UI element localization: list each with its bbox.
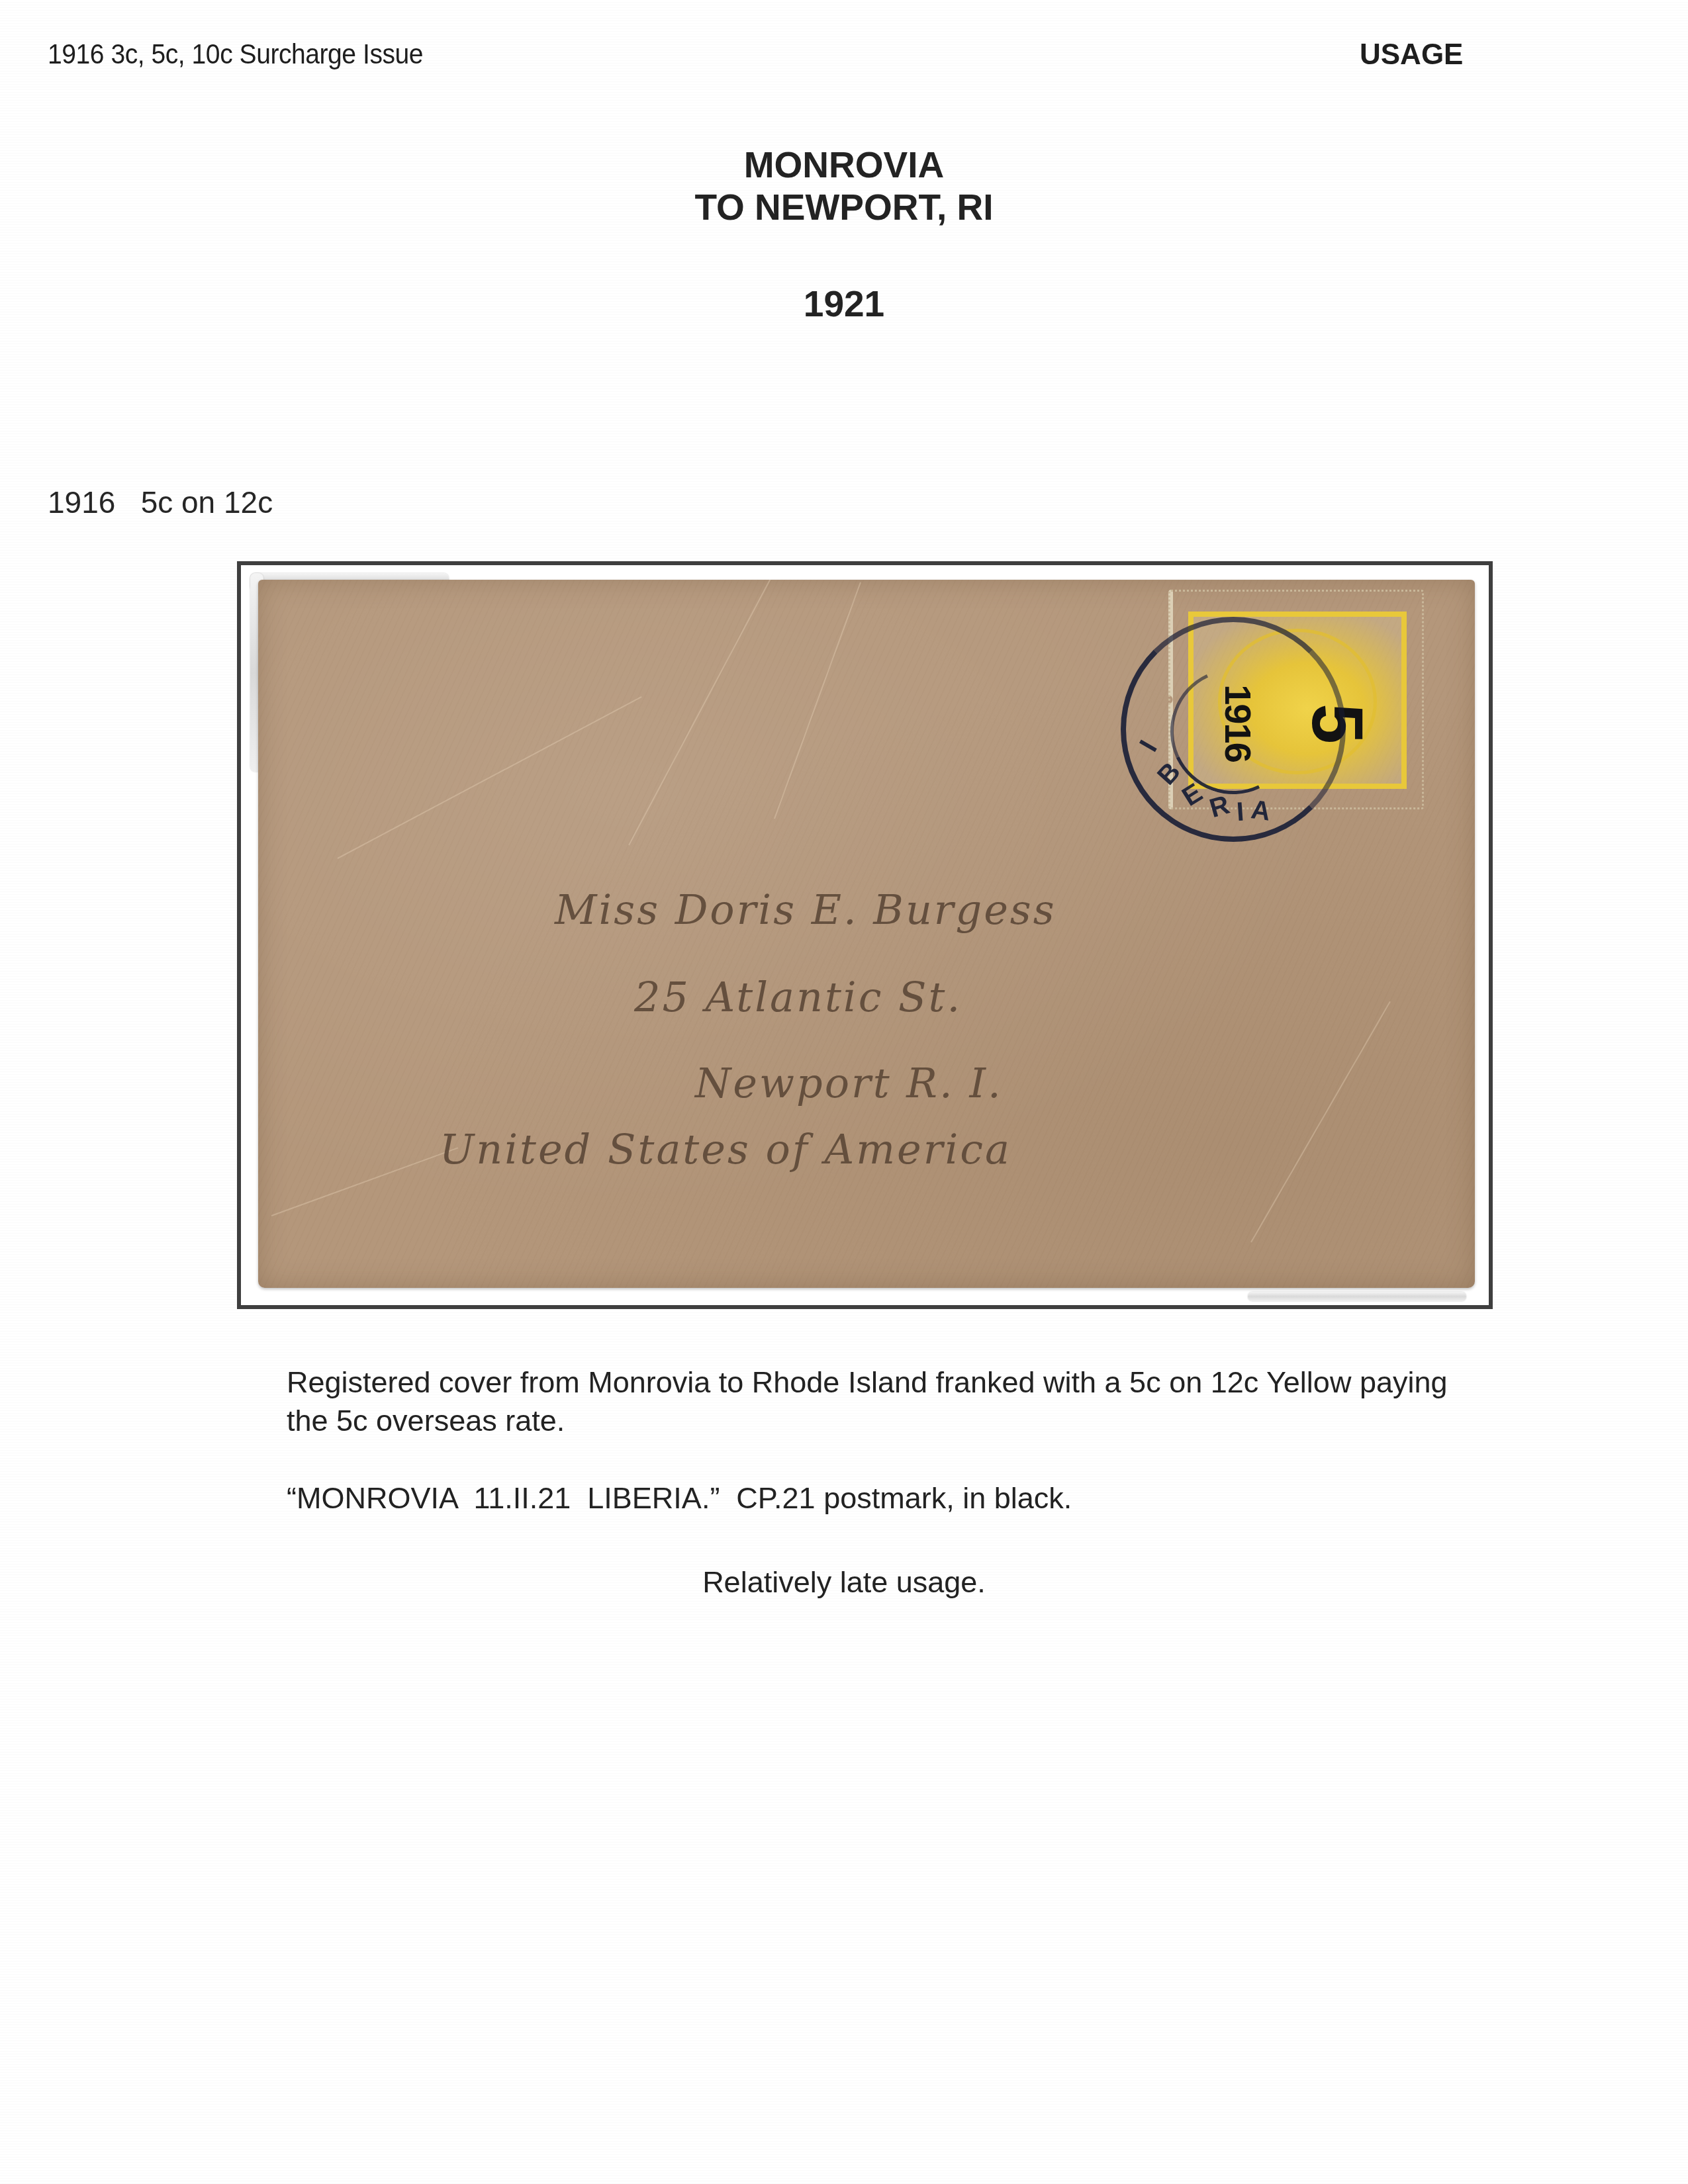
postmark-text: I B E R I A bbox=[1125, 711, 1364, 870]
page-title-destination: TO NEWPORT, RI bbox=[0, 187, 1688, 228]
mount-corner-bottom-right bbox=[1248, 1292, 1466, 1301]
description-rate: Registered cover from Monrovia to Rhode … bbox=[287, 1363, 1452, 1440]
address-country: United States of America bbox=[440, 1125, 1011, 1173]
envelope-crease bbox=[1250, 1001, 1391, 1243]
envelope-crease bbox=[271, 1147, 459, 1216]
section-label: USAGE bbox=[1360, 38, 1463, 71]
description-note: Relatively late usage. bbox=[0, 1563, 1688, 1602]
address-city: Newport R. I. bbox=[695, 1059, 1003, 1107]
stamp-subheading: 1916 5c on 12c bbox=[48, 484, 273, 520]
envelope-crease bbox=[628, 580, 773, 845]
envelope-crease bbox=[774, 582, 861, 819]
envelope-crease bbox=[338, 696, 642, 859]
address-street: 25 Atlantic St. bbox=[634, 973, 962, 1021]
page-title-year: 1921 bbox=[0, 283, 1688, 324]
address-recipient: Miss Doris E. Burgess bbox=[555, 886, 1056, 934]
description-postmark: “MONROVIA 11.II.21 LIBERIA.” CP.21 postm… bbox=[287, 1479, 1072, 1518]
page-title-origin: MONROVIA bbox=[0, 144, 1688, 185]
issue-title: 1916 3c, 5c, 10c Surcharge Issue bbox=[48, 38, 423, 70]
